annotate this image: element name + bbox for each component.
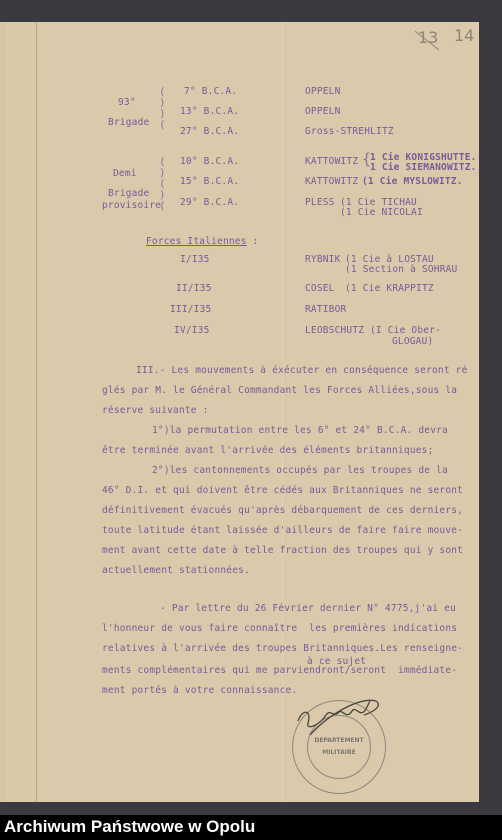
location-cell: KATTOWITZ — [305, 176, 358, 187]
body-line: ment portés à votre connaissance. — [102, 685, 297, 696]
stamp-text: MILITAIRE — [293, 749, 385, 756]
location-cell: PLESS — [305, 197, 335, 208]
location-cell: COSEL — [305, 283, 335, 294]
brace-glyph: ()()( — [159, 156, 166, 211]
body-line: ment avant cette date à telle fraction d… — [102, 545, 463, 556]
unit-cell: 7° B.C.A. — [184, 86, 237, 97]
location-cell: LEOBSCHUTZ — [305, 325, 364, 336]
detail-cell: (1 Cie NICOLAI — [340, 207, 423, 218]
section-heading: Forces Italiennes : — [146, 236, 258, 247]
location-cell: RATIBOR — [305, 304, 346, 315]
detail-cell: 1 Cie SIEMANOWITZ. — [370, 162, 477, 173]
body-line: glés par M. le Général Commandant les Fo… — [102, 385, 457, 396]
location-cell: Gross-STREHLITZ — [305, 126, 394, 137]
location-cell: OPPELN — [305, 106, 341, 117]
body-line: 46° D.I. et qui doivent être cédés aux B… — [102, 485, 463, 496]
archive-name: Archiwum Państwowe w Opolu — [4, 817, 255, 837]
body-line: ments complémentaires qui me parviendron… — [102, 665, 457, 676]
location-cell: OPPELN — [305, 86, 341, 97]
body-line: 1°)la permutation entre les 6° et 24° B.… — [152, 425, 448, 436]
body-line: définitivement évacués qu'après débarque… — [102, 505, 463, 516]
body-line: réserve suivante : — [102, 405, 209, 416]
unit-cell: I/I35 — [180, 254, 210, 265]
unit-cell: 13° B.C.A. — [180, 106, 239, 117]
detail-cell: (1 Cie MYSLOWITZ. — [362, 176, 463, 187]
detail-cell: (I Cie Ober- — [370, 325, 441, 336]
group-label: provisoire — [102, 200, 161, 211]
group-label: Brigade — [108, 117, 149, 128]
body-line: toute latitude étant laissée d'ailleurs … — [102, 525, 463, 536]
unit-cell: II/I35 — [176, 283, 212, 294]
detail-cell: GLOGAU) — [392, 336, 433, 347]
unit-cell: 10° B.C.A. — [180, 156, 239, 167]
handwritten-signature — [290, 695, 400, 740]
detail-cell: (1 Cie KRAPPITZ — [345, 283, 434, 294]
crossed-page-number: 13 — [418, 28, 438, 47]
group-label: 93° — [118, 97, 136, 108]
group-label: Demi — [113, 168, 137, 179]
location-cell: KATTOWITZ — [305, 156, 358, 167]
unit-cell: III/I35 — [170, 304, 211, 315]
group-label: Brigade — [108, 188, 149, 199]
brace-glyph: ())( — [159, 86, 166, 130]
unit-cell: 27° B.C.A. — [180, 126, 239, 137]
location-cell: RYBNIK — [305, 254, 341, 265]
body-line: - Par lettre du 26 Février dernier N° 47… — [160, 603, 456, 614]
unit-cell: 15° B.C.A. — [180, 176, 239, 187]
detail-cell: (1 Section à SOHRAU — [345, 264, 457, 275]
unit-cell: 29° B.C.A. — [180, 197, 239, 208]
body-line: relatives à l'arrivée des troupes Britan… — [102, 643, 463, 654]
archive-footer-bar: Archiwum Państwowe w Opolu — [0, 815, 502, 840]
body-line: III.- Les mouvements à éxécuter en consé… — [136, 365, 468, 376]
body-line: actuellement stationnées. — [102, 565, 250, 576]
body-line: 2°)les cantonnements occupés par les tro… — [152, 465, 448, 476]
unit-cell: IV/I35 — [174, 325, 210, 336]
body-line: être terminée avant l'arrivée des élémen… — [102, 445, 434, 456]
page-number: 14 — [454, 26, 474, 45]
body-line: l'honneur de vous faire connaître les pr… — [102, 623, 457, 634]
